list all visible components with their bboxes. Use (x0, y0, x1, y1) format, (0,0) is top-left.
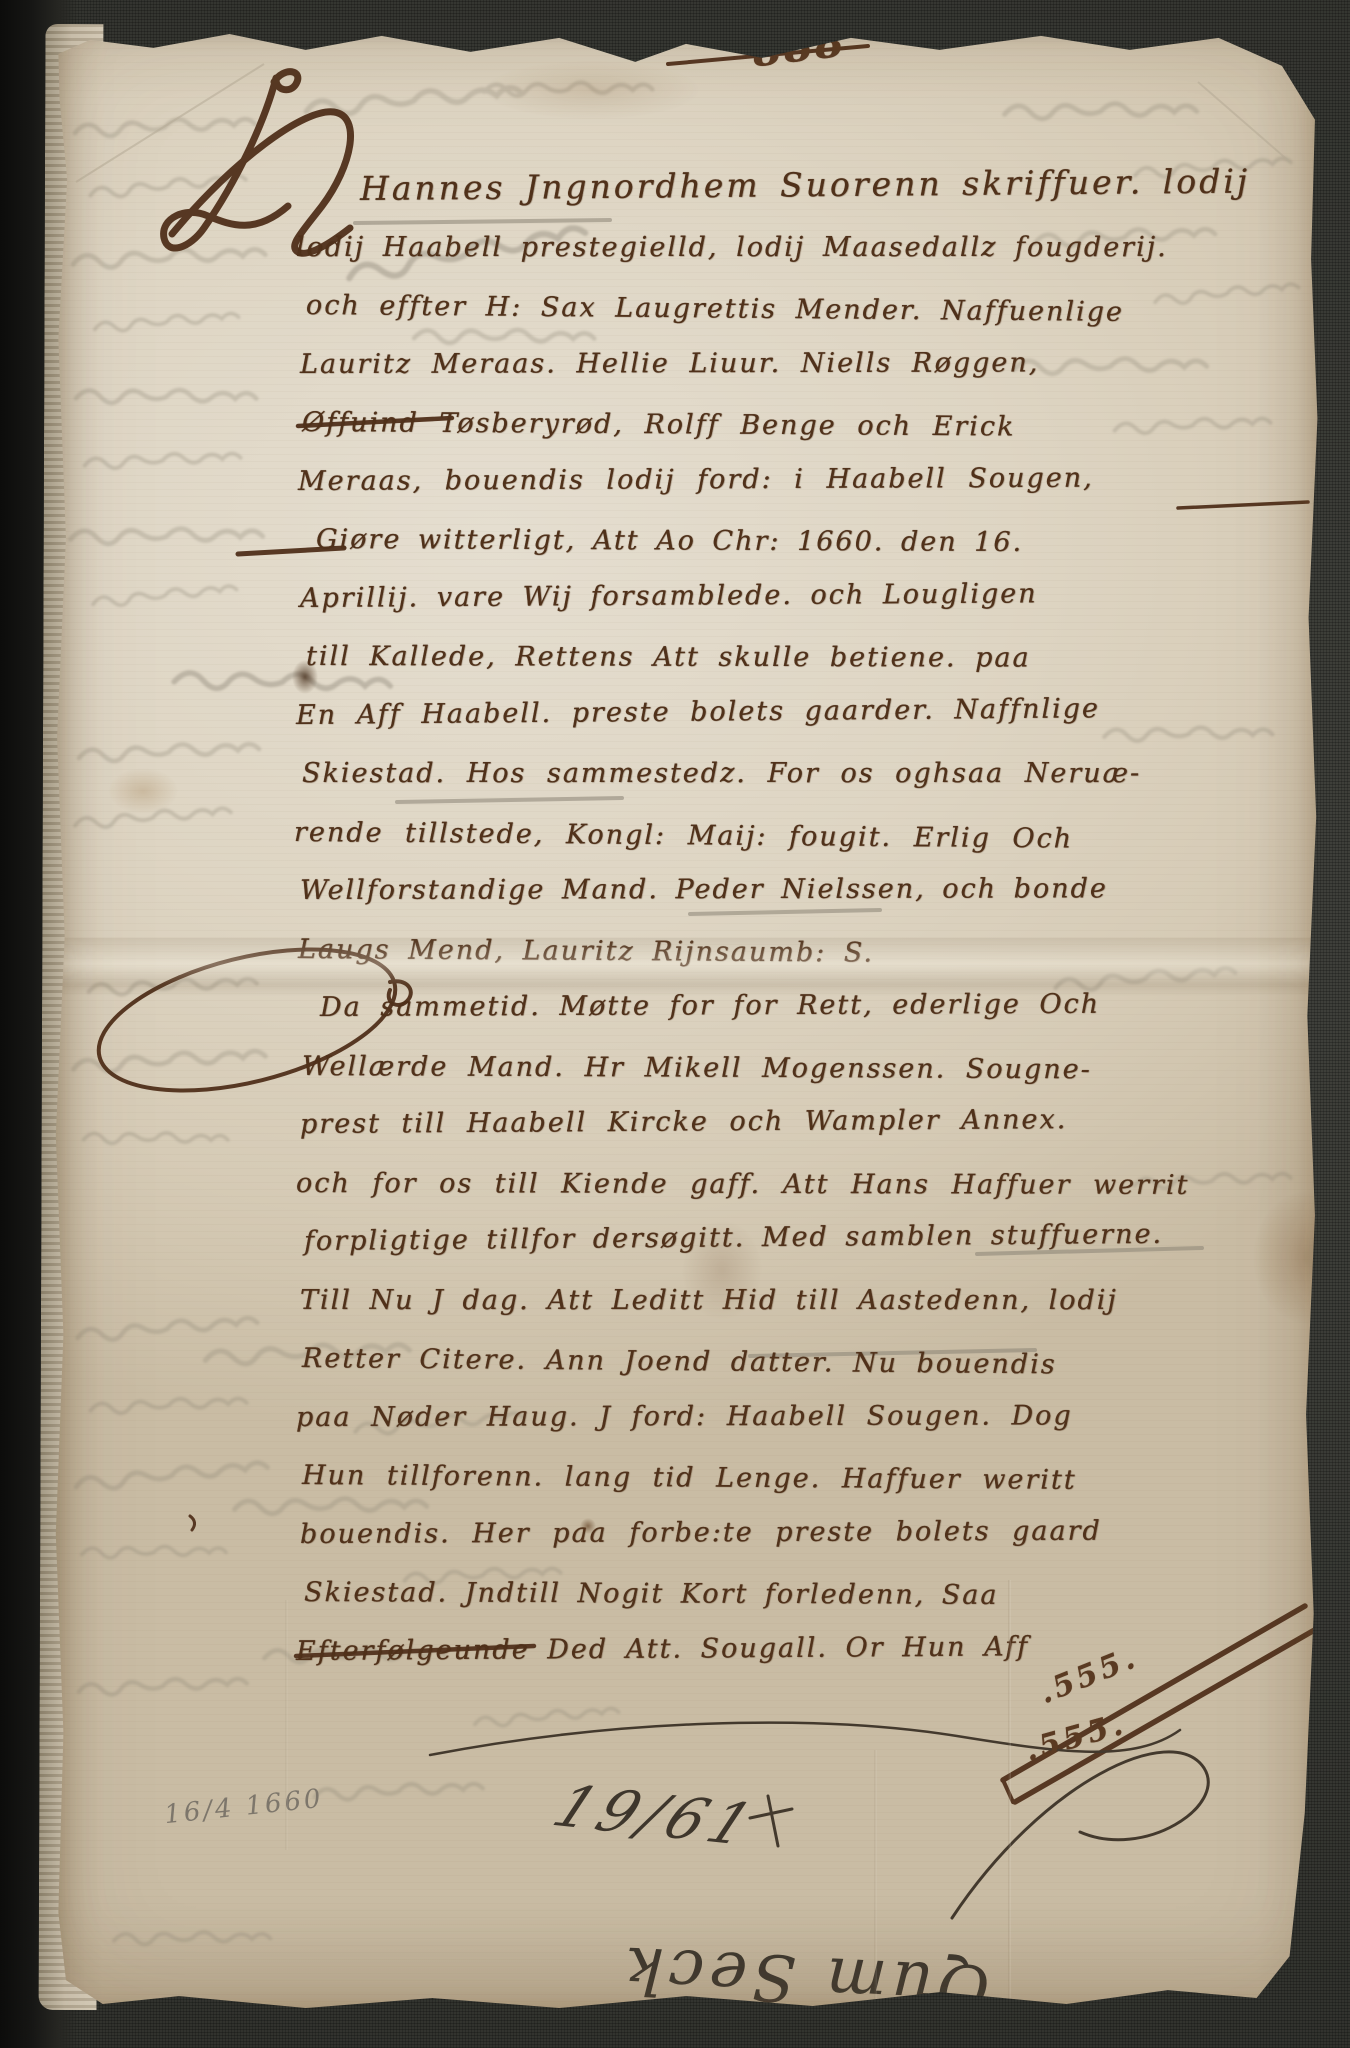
archive-scan: 888 Hannes Jngnordhem Suorenn skriffuer.… (0, 0, 1350, 2048)
manuscript-line: lodij Haabell prestegielld, lodij Maased… (296, 219, 1342, 278)
manuscript-line: forpligtige tillfor dersøgitt. Med sambl… (304, 1204, 1342, 1271)
margin-speck (190, 1516, 195, 1530)
pencil-date: 16/4 1660 (163, 1784, 325, 1831)
manuscript-line: prest till Haabell Kircke och Wampler An… (300, 1089, 1342, 1154)
manuscript-line: Wellforstandige Mand. Peder Nielssen, oc… (300, 860, 1342, 921)
manuscript-line: bouendis. Her paa forbe:te preste bolets… (300, 1501, 1342, 1564)
initial-capital-flourish (164, 72, 298, 248)
manuscript-line: Till Nu J dag. Att Leditt Hid till Aaste… (300, 1272, 1342, 1331)
folio-mark: 888 (749, 16, 848, 76)
manuscript-line: Aprillij. vare Wij forsamblede. och Loug… (300, 563, 1342, 628)
manuscript-text-block: Hannes Jngnordhem Suorenn skriffuer. lod… (292, 160, 1342, 1681)
manuscript-line: En Aff Haabell. preste bolets gaarder. N… (296, 678, 1342, 745)
manuscript-line: Meraas, bouendis lodij ford: i Haabell S… (298, 448, 1342, 511)
manuscript-line: Efterfølgeunde Ded Att. Sougall. Or Hun … (296, 1616, 1342, 1681)
stain (108, 768, 178, 814)
manuscript-line: Da sammetid. Møtte for for Rett, ederlig… (320, 975, 1342, 1038)
manuscript-line: Lauritz Meraas. Hellie Liuur. Niells Røg… (300, 333, 1342, 394)
manuscript-line: paa Nøder Haug. J ford: Haabell Sougen. … (296, 1386, 1342, 1447)
manuscript-page: 888 Hannes Jngnordhem Suorenn skriffuer.… (52, 20, 1320, 2012)
manuscript-line: Skiestad. Hos sammestedz. For os oghsaa … (302, 745, 1342, 804)
manuscript-line: Hannes Jngnordhem Suorenn skriffuer. lod… (360, 152, 1342, 219)
stain (482, 60, 702, 120)
inverted-signature: Qum Seck (474, 1848, 1141, 2032)
tally-555-lower: .555. (1021, 1706, 1130, 1768)
